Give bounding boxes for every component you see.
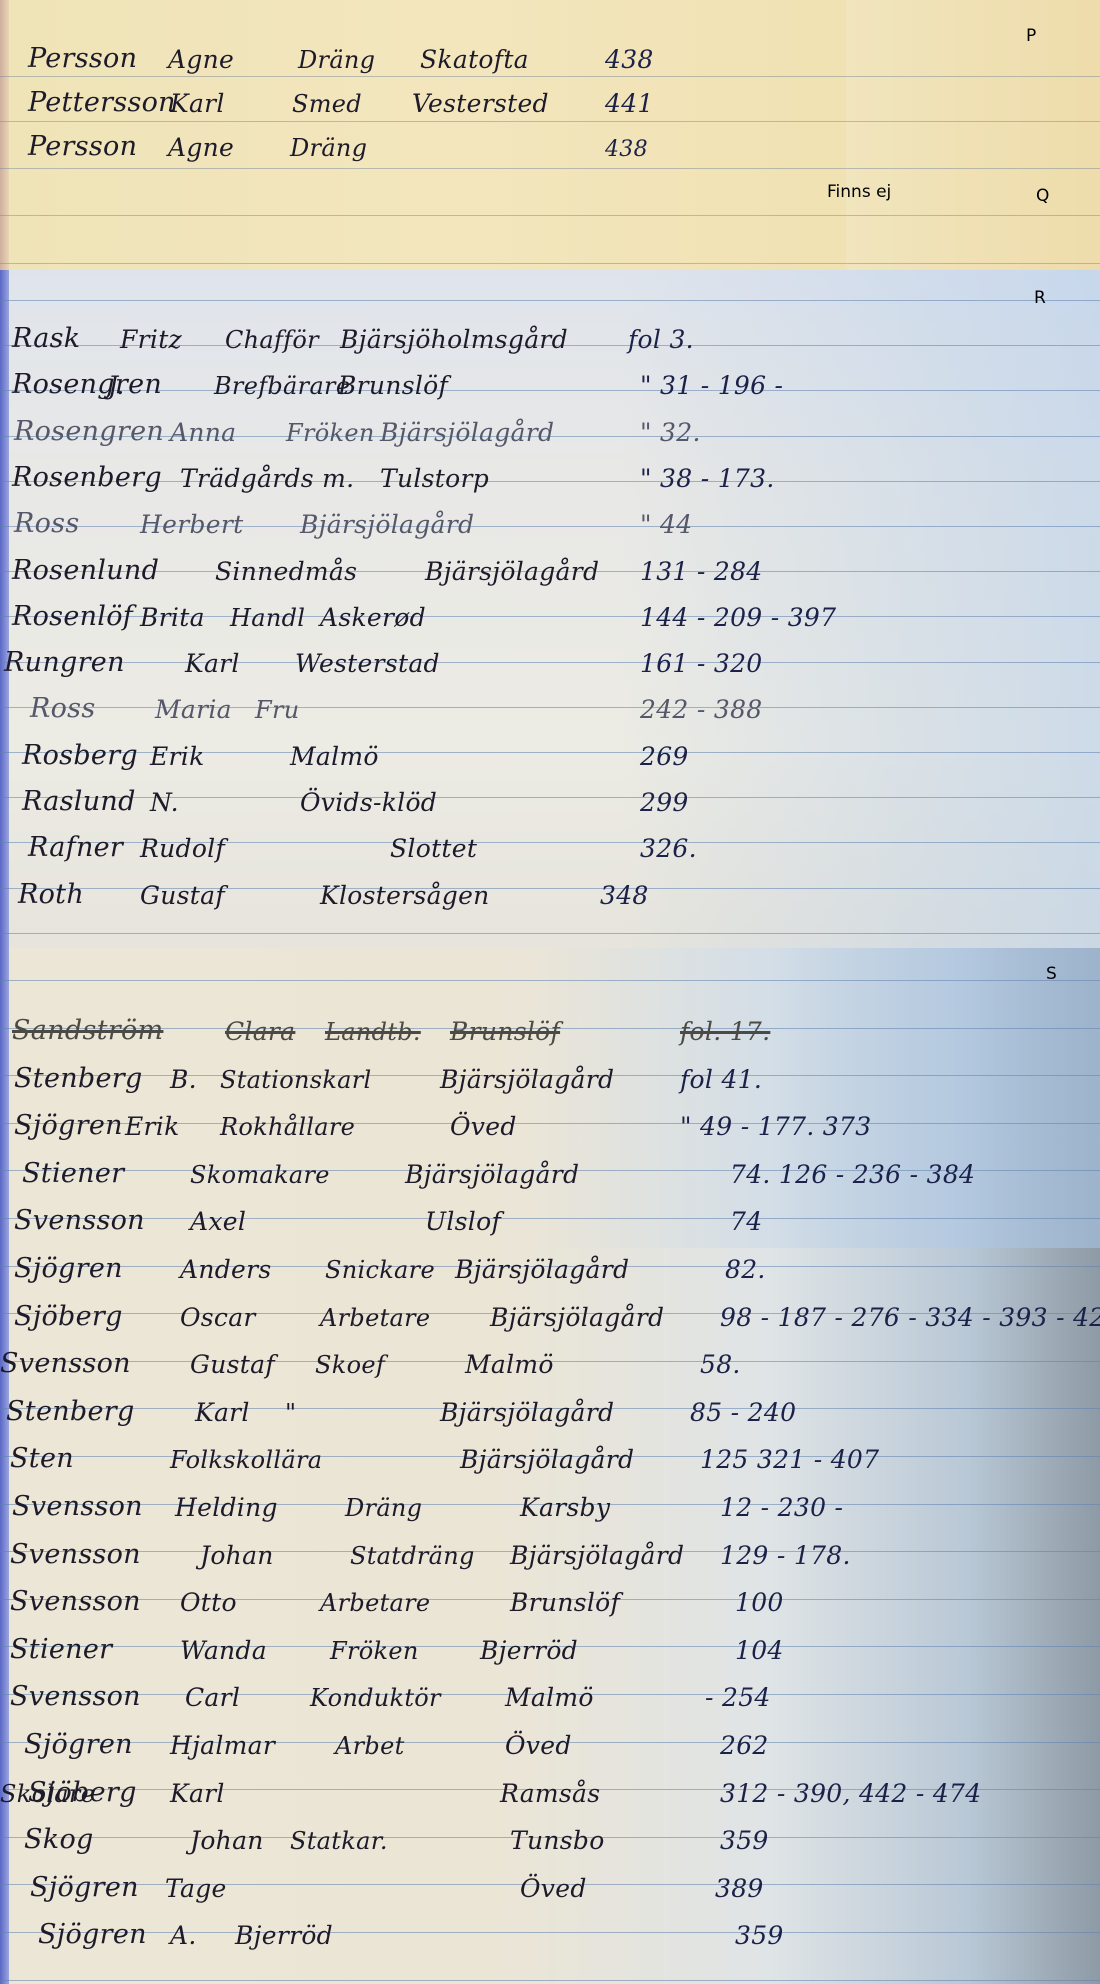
register-entry: SjögrenHjalmarArbetÖved262 [0,1724,1100,1764]
entry-given-name: Helding [175,1493,278,1522]
entry-given-name: Fritz [120,325,182,354]
ruled-line [0,933,1100,934]
entry-title: Brefbärare [214,372,350,400]
entry-refs: 441 [605,89,654,118]
entry-title: Arbetare [320,1589,430,1617]
entry-surname: Rungren [4,647,125,678]
entry-given-name: Karl [170,1779,225,1808]
entry-place: Tunsbo [510,1826,605,1855]
entry-refs: " 44 [640,510,692,539]
register-entry: RosengrenJ.BrefbärareBrunslöf" 31 - 196 … [0,364,1100,404]
entry-refs: 129 - 178. [720,1541,851,1570]
entry-given-name: Gustaf [190,1350,275,1379]
entry-title: Rokhållare [220,1113,355,1141]
register-entry: SvenssonOttoArbetareBrunslöf100 [0,1581,1100,1621]
entry-given-name: Anders [180,1255,272,1284]
register-entry: StenFolkskolläraBjärsjölagård125 321 - 4… [0,1438,1100,1478]
entry-surname: Rosengren [12,369,162,400]
entry-surname: Svensson [14,1205,145,1236]
entry-surname: Rosengren [14,416,164,447]
entry-given-name: Agne [168,45,234,74]
entry-place: Bjärsjölagård [440,1065,614,1094]
entry-title: Landtb. [325,1018,421,1046]
entry-surname: Persson [28,131,137,162]
entry-title: Fröken [286,419,375,447]
entry-refs: 348 [600,881,649,910]
ruled-line [0,300,1100,301]
entry-surname: Rosenberg [12,462,162,493]
entry-title: Statkar. [290,1827,388,1855]
entry-surname: Rafner [28,832,123,863]
register-entry: RungrenKarlWesterstad161 - 320 [0,642,1100,682]
entry-refs: 242 - 388 [640,695,762,724]
entry-given-name: B. [170,1065,197,1094]
entry-title: Arbet [335,1732,405,1760]
entry-surname: Persson [28,43,137,74]
entry-place: Bjärsjölagård [405,1160,579,1189]
entry-surname: Stiener [22,1158,124,1189]
entry-title: " [285,1399,296,1427]
entry-given-name: Karl [170,89,225,118]
entry-title: Folkskollära [170,1446,322,1474]
entry-refs: 74. 126 - 236 - 384 [730,1160,975,1189]
ruled-line [0,168,1100,169]
entry-surname: Sjögren [30,1872,139,1903]
entry-title: Chafför [225,326,319,354]
entry-title: Fru [255,696,299,724]
register-entry: RossMariaFru242 - 388 [0,688,1100,728]
entry-given-name: Rudolf [140,834,225,863]
entry-refs: 389 [715,1874,764,1903]
entry-surname: Sjögren [24,1729,133,1760]
register-entry: RafnerRudolfSlottet326. [0,827,1100,867]
register-entry: RosenbergTrädgårds m.Tulstorp" 38 - 173. [0,457,1100,497]
entry-place: Ulslof [425,1207,501,1236]
page-strip-s: S SandströmClaraLandtb.Brunslöffol. 17.S… [0,948,1100,1984]
entry-refs: 359 [735,1921,784,1950]
entry-surname: Svensson [10,1586,141,1617]
entry-surname: Svensson [10,1539,141,1570]
entry-refs: 359 [720,1826,769,1855]
ruled-line [0,1980,1100,1981]
entry-refs: 98 - 187 - 276 - 334 - 393 - 429 [720,1303,1100,1332]
entry-refs: 85 - 240 [690,1398,796,1427]
entry-refs: " 38 - 173. [640,464,775,493]
entry-given-name: Erik [125,1112,180,1141]
entry-title: Smed [292,90,362,118]
entry-place: Bjärsjölagård [510,1541,684,1570]
entry-surname: Sjögren [14,1253,123,1284]
entry-surname: Skog [24,1824,94,1855]
entry-given-name: N. [150,788,179,817]
register-entry: SvenssonCarlKonduktörMalmö- 254 [0,1676,1100,1716]
entry-given-name: Sinnedmås [215,557,357,586]
entry-surname: Ross [14,508,80,539]
register-entry: RossHerbertBjärsjölagård" 44 [0,503,1100,543]
entry-refs: " 49 - 177. 373 [680,1112,871,1141]
entry-place: Öved [450,1112,517,1141]
entry-place: Öved [505,1731,572,1760]
register-entry: SandströmClaraLandtb.Brunslöffol. 17. [0,1010,1100,1050]
entry-place: Öved [520,1874,587,1903]
entry-place: Bjärsjölagård [425,557,599,586]
entry-title: Dräng [290,134,367,162]
entry-given-name: Erik [150,742,205,771]
entry-place: Bjärsjöholmsgård [340,325,568,354]
entry-given-name: Oscar [180,1303,256,1332]
entry-place: Bjerröd [480,1636,578,1665]
entry-surname: Sandström [12,1015,163,1046]
entry-surname: Ross [30,693,96,724]
entry-given-name: A. [170,1921,197,1950]
entry-surname: Sjögren [14,1110,123,1141]
entry-refs: 82. [725,1255,766,1284]
entry-refs: 100 [735,1588,784,1617]
entry-place: Övids-klöd [300,788,437,817]
section-letter-s: S [1046,964,1057,984]
entry-refs: 299 [640,788,689,817]
register-entry: SjögrenErikRokhållareÖved" 49 - 177. 373 [0,1105,1100,1145]
entry-refs: 326. [640,834,697,863]
entry-refs: fol 3. [628,325,694,354]
entry-surname: Stenberg [14,1063,143,1094]
entry-refs: fol 41. [680,1065,762,1094]
register-entry: RosbergErikMalmö269 [0,735,1100,775]
entry-refs: 12 - 230 - [720,1493,843,1522]
register-entry: Persson Agne Dräng Skatofta 438 [0,38,1100,78]
entry-refs: 144 - 209 - 397 [640,603,836,632]
register-entry: StienerSkomakareBjärsjölagård74. 126 - 2… [0,1153,1100,1193]
entry-refs: 125 321 - 407 [700,1445,879,1474]
register-entry: RosenlundSinnedmåsBjärsjölagård131 - 284 [0,550,1100,590]
register-entry: StenbergKarl"Bjärsjölagård85 - 240 [0,1391,1100,1431]
entry-surname: Raslund [22,786,136,817]
entry-given-name: Brita [140,603,205,632]
entry-surname: Svensson [10,1681,141,1712]
entry-given-name: Wanda [180,1636,267,1665]
entry-place: Bjerröd [235,1921,333,1950]
entry-title: Dräng [345,1494,422,1522]
entry-place: Brunslöf [450,1017,560,1046]
entry-title: Fröken [330,1637,419,1665]
register-entry: SjögrenAndersSnickareBjärsjölagård82. [0,1248,1100,1288]
entry-surname: Rask [12,323,80,354]
entry-refs: " 31 - 196 - [640,371,783,400]
entry-title: Stationskarl [220,1066,372,1094]
entry-refs: 74 [730,1207,762,1236]
register-entry: SvenssonAxelUlslof74 [0,1200,1100,1240]
entry-refs: 58. [700,1350,741,1379]
entry-place: Bjärsjölagård [455,1255,629,1284]
register-entry: SjögrenA.Bjerröd359 [0,1914,1100,1954]
entry-surname: Rosenlöf [12,601,133,632]
register-entry: RaslundN.Övids-klöd299 [0,781,1100,821]
register-entry: SvenssonHeldingDrängKarsby12 - 230 - [0,1486,1100,1526]
entry-refs: - 254 [705,1683,771,1712]
register-entry: RosengrenAnnaFrökenBjärsjölagård" 32. [0,411,1100,451]
entry-given-name: Johan [190,1826,264,1855]
entry-given-name: Otto [180,1588,237,1617]
register-entry: RothGustafKlostersågen348 [0,874,1100,914]
entry-given-name: Carl [185,1683,240,1712]
entry-given-name: Anna [170,418,236,447]
register-entry: SkogJohanStatkar.Tunsbo359 [0,1819,1100,1859]
entry-surname: Svensson [12,1491,143,1522]
entry-refs: 269 [640,742,689,771]
entry-place: Bjärsjölagård [490,1303,664,1332]
section-letter-r: R [1034,288,1046,308]
entry-surname: Svensson [0,1348,131,1379]
entry-given-name: Gustaf [140,881,225,910]
entry-surname: Sjögren [38,1919,147,1950]
entry-given-name: Trädgårds m. [180,464,354,493]
entry-given-name: Clara [225,1017,295,1046]
entry-title: Arbetare [320,1304,430,1332]
entry-refs: 161 - 320 [640,649,762,678]
entry-place: Slottet [390,834,477,863]
register-entry: Persson Agne Dräng 438 [0,126,1100,166]
entry-refs: 438 [605,137,648,162]
entry-given-name: Johan [200,1541,274,1570]
entry-refs: 131 - 284 [640,557,762,586]
entry-place: Ramsås [500,1779,600,1808]
entry-surname: Sjöberg [14,1301,123,1332]
entry-surname: Pettersson [28,87,176,118]
entry-refs: 262 [720,1731,769,1760]
ruled-line [0,980,1100,981]
entry-surname: Rosenlund [12,555,159,586]
entry-given-name: Karl [195,1398,250,1427]
ruled-line [0,215,1100,216]
entry-title: Skoef [315,1351,385,1379]
register-entry: SjöbergKarlSkolareRamsås312 - 390, 442 -… [0,1772,1100,1812]
entry-given-name: Axel [190,1207,246,1236]
entry-refs: 312 - 390, 442 - 474 [720,1779,981,1808]
entry-place: Tulstorp [380,464,489,493]
entry-title: Skolare [0,1780,95,1808]
entry-surname: Stenberg [6,1396,135,1427]
entry-title: Konduktör [310,1684,441,1712]
register-entry: RosenlöfBritaHandlAskerød144 - 209 - 397 [0,596,1100,636]
entry-surname: Stiener [10,1634,112,1665]
entry-given-name: Hjalmar [170,1731,275,1760]
page-strip-r: R RaskFritzChafförBjärsjöholmsgårdfol 3.… [0,270,1100,948]
entry-given-name: Karl [185,649,240,678]
entry-given-name: J. [108,371,125,400]
entry-title: Handl [230,604,305,632]
section-letter-q: Q [1036,186,1049,206]
entry-given-name: Herbert [140,510,243,539]
entry-refs: " 32. [640,418,701,447]
register-entry: SjögrenTageÖved389 [0,1867,1100,1907]
entry-refs: 438 [605,45,654,74]
entry-given-name: Maria [155,695,232,724]
entry-place: Bjärsjölagård [460,1445,634,1474]
page-strip-p-q: P Finns ej Q Persson Agne Dräng Skatofta… [0,0,1100,270]
entry-place: Karsby [520,1493,610,1522]
entry-surname: Sten [10,1443,74,1474]
ruled-line [0,263,1100,264]
entry-given-name: Tage [165,1874,227,1903]
entry-place: Brunslöf [510,1588,620,1617]
entry-title: Skomakare [190,1161,330,1189]
entry-place: Malmö [465,1350,554,1379]
entry-place: Bjärsjölagård [440,1398,614,1427]
entry-refs: fol. 17. [680,1017,770,1046]
entry-place: Skatofta [420,45,529,74]
entry-place: Klostersågen [320,881,490,910]
entry-place: Bjärsjölagård [380,418,554,447]
entry-title: Statdräng [350,1542,475,1570]
register-entry: StenbergB.StationskarlBjärsjölagårdfol 4… [0,1058,1100,1098]
entry-place: Vestersted [412,89,549,118]
entry-place: Brunslöf [338,371,448,400]
entry-place: Malmö [505,1683,594,1712]
register-entry: StienerWandaFrökenBjerröd104 [0,1629,1100,1669]
entry-given-name: Agne [168,133,234,162]
entry-refs: 104 [735,1636,784,1665]
register-entry: SjöbergOscarArbetareBjärsjölagård98 - 18… [0,1296,1100,1336]
register-entry: Pettersson Karl Smed Vestersted 441 [0,82,1100,122]
entry-place: Westerstad [295,649,440,678]
section-note-q: Finns ej [827,182,891,202]
entry-title: Snickare [325,1256,435,1284]
entry-place: Malmö [290,742,379,771]
entry-place: Bjärsjölagård [300,510,474,539]
register-entry: SvenssonGustafSkoefMalmö58. [0,1343,1100,1383]
entry-title: Dräng [298,46,375,74]
entry-surname: Roth [18,879,84,910]
entry-place: Askerød [320,603,426,632]
register-entry: SvenssonJohanStatdrängBjärsjölagård129 -… [0,1534,1100,1574]
register-entry: RaskFritzChafförBjärsjöholmsgårdfol 3. [0,318,1100,358]
entry-surname: Rosberg [22,740,138,771]
